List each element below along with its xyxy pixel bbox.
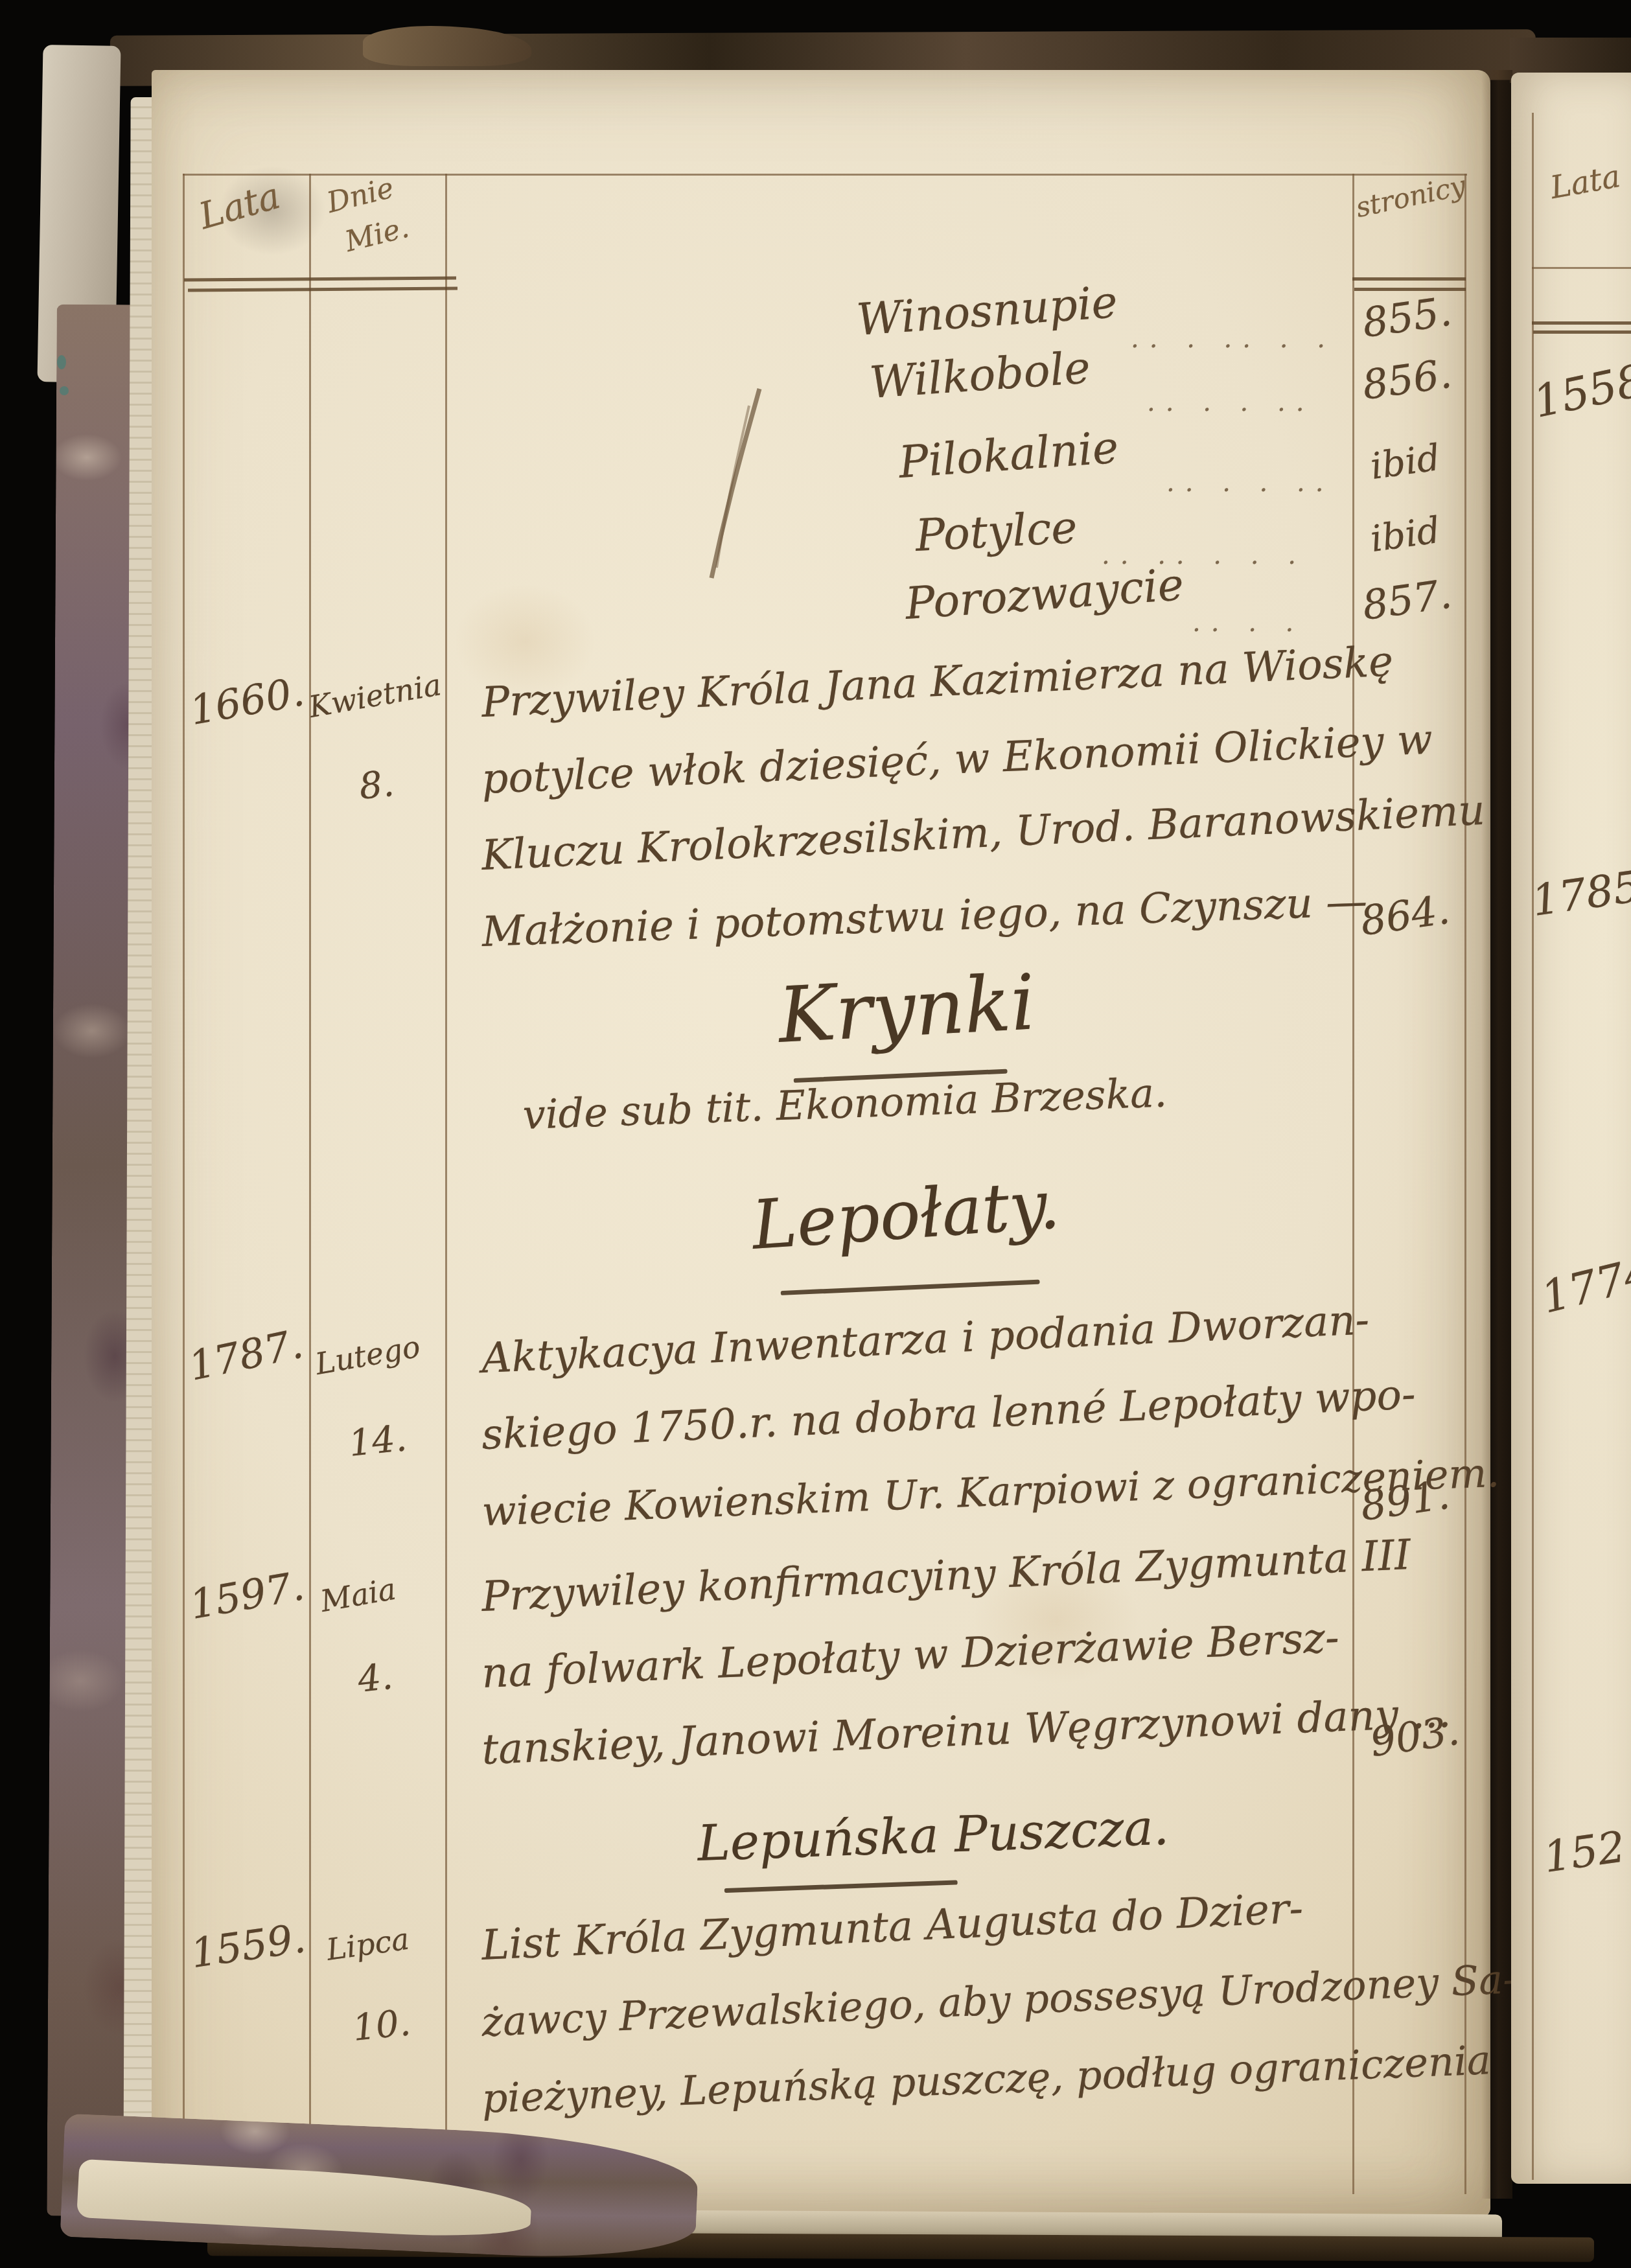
teal-paper-speck: [57, 355, 66, 369]
entry-day: 10.: [351, 2002, 412, 2050]
entry-day: 8.: [357, 763, 396, 808]
next-page-year: 1558.: [1529, 352, 1631, 428]
manuscript-photo: Lata Dnie Mie. stronicy Winosnupie .. . …: [0, 0, 1631, 2268]
index-leader-dots: .. . . ..: [1166, 468, 1334, 498]
table-line-col-days: [445, 174, 447, 2194]
next-page-year: 1785.: [1529, 859, 1631, 926]
next-page-column-header-years: Lata: [1547, 158, 1623, 206]
table-line-col-years: [309, 174, 311, 2194]
book-cover-torn-flap: [363, 26, 531, 66]
index-entry-name: Potylce: [914, 502, 1079, 562]
table-line-left: [183, 174, 185, 2194]
entry-day: 4.: [356, 1656, 395, 1701]
next-page-year: 1774: [1536, 1247, 1631, 1324]
teal-paper-speck: [60, 386, 69, 395]
next-page-header-rule: [1533, 330, 1631, 334]
table-line-col-pages: [1352, 174, 1354, 2194]
header-rule-pages: [1352, 277, 1466, 281]
next-page-year: 152: [1540, 1822, 1628, 1882]
margin-flourish-mark: [701, 384, 766, 584]
next-page-header-rule: [1532, 321, 1631, 325]
index-leader-dots: .. . . ..: [1147, 388, 1314, 417]
section-heading-krynki: Krynki: [776, 957, 1037, 1060]
index-leader-dots: .. . .. . .: [1131, 324, 1336, 354]
table-line-right: [1464, 174, 1466, 2194]
index-leader-dots: .. . .: [1192, 608, 1304, 638]
entry-day: 14.: [347, 1417, 408, 1465]
next-page-table-line: [1532, 113, 1534, 2180]
book-gutter-shadow: [1481, 70, 1512, 2199]
next-page-sliver: Lata 1558. 1785. 1774 152: [1511, 73, 1631, 2184]
next-page-line-top: [1532, 267, 1631, 269]
header-rule-pages: [1354, 288, 1466, 291]
